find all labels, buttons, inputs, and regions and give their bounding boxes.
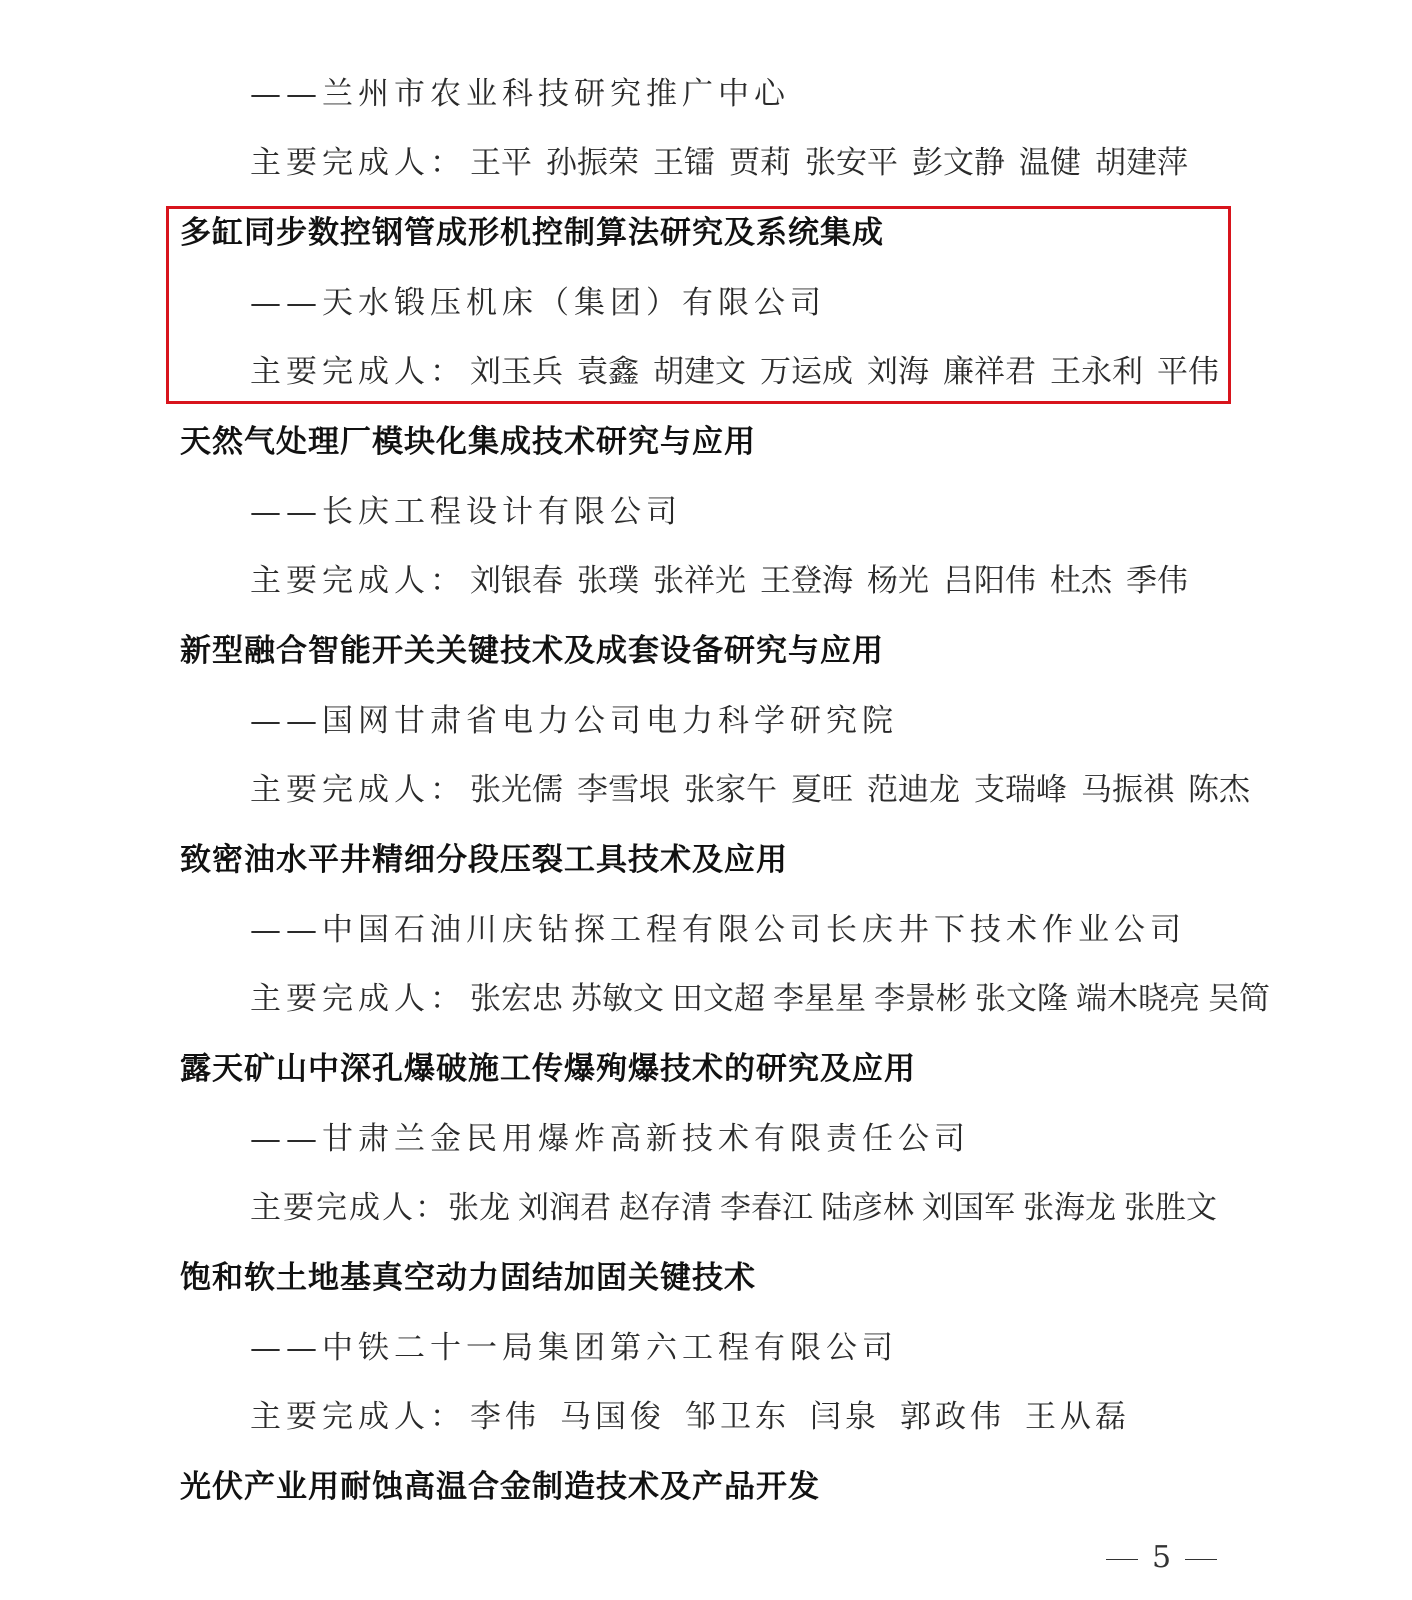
- entry-organization: ——甘肃兰金民用爆炸高新技术有限责任公司: [250, 1119, 970, 1159]
- person-name: 王平: [470, 145, 532, 181]
- person-name: 贾莉: [729, 145, 791, 181]
- people-label: 主要完成人：: [250, 145, 466, 181]
- person-name: 王永利: [1050, 354, 1143, 390]
- page-number-dash: [1185, 1559, 1217, 1560]
- people-label: 主要完成人：: [250, 1190, 448, 1226]
- entry-title: 天然气处理厂模块化集成技术研究与应用: [180, 422, 756, 462]
- entry-organization: ——中国石油川庆钻探工程有限公司长庆井下技术作业公司: [250, 910, 1186, 950]
- person-name: 胡建文: [653, 354, 746, 390]
- person-name: 胡建萍: [1095, 145, 1188, 181]
- entry-title: 多缸同步数控钢管成形机控制算法研究及系统集成: [180, 213, 884, 253]
- person-name: 吕阳伟: [943, 563, 1036, 599]
- person-name: 张家午: [684, 772, 777, 808]
- people-label: 主要完成人：: [250, 1399, 466, 1435]
- entry-organization: ——兰州市农业科技研究推广中心: [250, 74, 790, 114]
- person-name: 平伟: [1157, 354, 1219, 390]
- entry-people: 主要完成人：张龙刘润君赵存清李春江陆彦林刘国军张海龙张胜文: [250, 1188, 1217, 1228]
- person-name: 马国俊: [560, 1399, 665, 1435]
- person-name: 王登海: [760, 563, 853, 599]
- person-name: 刘海: [867, 354, 929, 390]
- person-name: 张文隆: [975, 981, 1068, 1017]
- people-label: 主要完成人：: [250, 563, 466, 599]
- person-name: 张光儒: [470, 772, 563, 808]
- entry-title: 露天矿山中深孔爆破施工传爆殉爆技术的研究及应用: [180, 1049, 916, 1089]
- person-name: 李春江: [720, 1190, 813, 1226]
- person-name: 赵存清: [619, 1190, 712, 1226]
- person-name: 王镭: [653, 145, 715, 181]
- person-name: 闫泉: [810, 1399, 880, 1435]
- person-name: 支瑞峰: [974, 772, 1067, 808]
- person-name: 刘润君: [518, 1190, 611, 1226]
- entry-organization: ——国网甘肃省电力公司电力科学研究院: [250, 701, 898, 741]
- person-name: 苏敏文: [571, 981, 664, 1017]
- entry-organization: ——天水锻压机床（集团）有限公司: [250, 283, 826, 323]
- person-name: 陈杰: [1188, 772, 1250, 808]
- person-name: 李雪垠: [577, 772, 670, 808]
- person-name: 邹卫东: [685, 1399, 790, 1435]
- entry-people: 主要完成人：刘银春张璞张祥光王登海杨光吕阳伟杜杰季伟: [250, 561, 1188, 601]
- entry-title: 饱和软土地基真空动力固结加固关键技术: [180, 1258, 756, 1298]
- entry-organization: ——中铁二十一局集团第六工程有限公司: [250, 1328, 898, 1368]
- page-number: 5: [1092, 1538, 1231, 1578]
- person-name: 李星星: [773, 981, 866, 1017]
- people-label: 主要完成人：: [250, 772, 466, 808]
- person-name: 郭政伟: [900, 1399, 1005, 1435]
- person-name: 马振祺: [1081, 772, 1174, 808]
- person-name: 吴简: [1208, 981, 1270, 1017]
- person-name: 范迪龙: [867, 772, 960, 808]
- entry-title: 致密油水平井精细分段压裂工具技术及应用: [180, 840, 788, 880]
- entry-title: 新型融合智能开关关键技术及成套设备研究与应用: [180, 631, 884, 671]
- person-name: 夏旺: [791, 772, 853, 808]
- entry-people: 主要完成人：张宏忠苏敏文田文超李星星李景彬张文隆端木晓亮吴简: [250, 979, 1270, 1019]
- entry-people: 主要完成人：张光儒李雪垠张家午夏旺范迪龙支瑞峰马振祺陈杰: [250, 770, 1250, 810]
- person-name: 张胜文: [1124, 1190, 1217, 1226]
- person-name: 张宏忠: [470, 981, 563, 1017]
- entry-people: 主要完成人：李伟马国俊邹卫东闫泉郭政伟王从磊: [250, 1397, 1130, 1437]
- person-name: 张安平: [805, 145, 898, 181]
- entry-people: 主要完成人：刘玉兵袁鑫胡建文万运成刘海廉祥君王永利平伟: [250, 352, 1219, 392]
- person-name: 孙振荣: [546, 145, 639, 181]
- entry-organization: ——长庆工程设计有限公司: [250, 492, 682, 532]
- people-label: 主要完成人：: [250, 981, 466, 1017]
- person-name: 李伟: [470, 1399, 540, 1435]
- person-name: 温健: [1019, 145, 1081, 181]
- person-name: 刘国军: [922, 1190, 1015, 1226]
- person-name: 张龙: [448, 1190, 510, 1226]
- page-number-value: 5: [1152, 1540, 1171, 1575]
- person-name: 张海龙: [1023, 1190, 1116, 1226]
- person-name: 万运成: [760, 354, 853, 390]
- person-name: 季伟: [1126, 563, 1188, 599]
- entry-title: 光伏产业用耐蚀高温合金制造技术及产品开发: [180, 1467, 820, 1507]
- person-name: 王从磊: [1025, 1399, 1130, 1435]
- person-name: 彭文静: [912, 145, 1005, 181]
- person-name: 陆彦林: [821, 1190, 914, 1226]
- person-name: 刘银春: [470, 563, 563, 599]
- person-name: 端木晓亮: [1076, 981, 1200, 1017]
- people-label: 主要完成人：: [250, 354, 466, 390]
- person-name: 刘玉兵: [470, 354, 563, 390]
- person-name: 杨光: [867, 563, 929, 599]
- person-name: 张祥光: [653, 563, 746, 599]
- person-name: 李景彬: [874, 981, 967, 1017]
- entry-people: 主要完成人：王平孙振荣王镭贾莉张安平彭文静温健胡建萍: [250, 143, 1188, 183]
- person-name: 杜杰: [1050, 563, 1112, 599]
- person-name: 袁鑫: [577, 354, 639, 390]
- page-number-dash: [1106, 1559, 1138, 1560]
- person-name: 张璞: [577, 563, 639, 599]
- person-name: 廉祥君: [943, 354, 1036, 390]
- person-name: 田文超: [672, 981, 765, 1017]
